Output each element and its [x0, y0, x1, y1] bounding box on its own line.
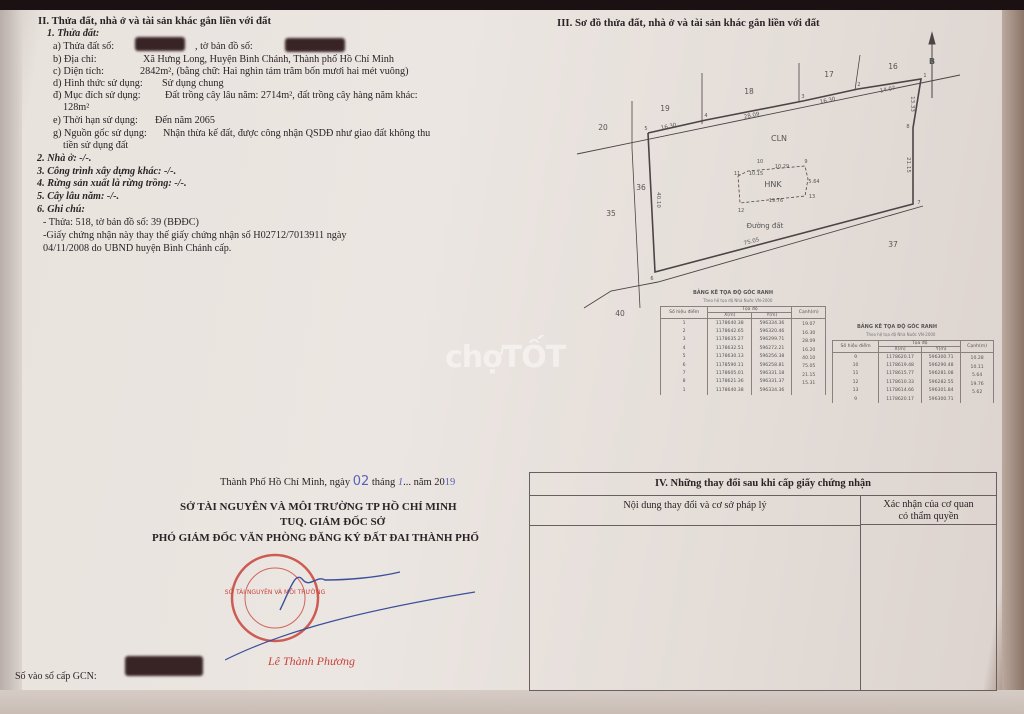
svg-text:10.29: 10.29	[775, 164, 789, 170]
svg-text:3: 3	[801, 94, 804, 100]
svg-text:36: 36	[636, 183, 646, 192]
coord-row: 121178610.33596282.5519.76	[833, 378, 994, 386]
svg-text:11: 11	[734, 171, 740, 177]
svg-text:13.33: 13.33	[909, 96, 915, 112]
svg-text:16: 16	[888, 62, 898, 71]
svg-text:12: 12	[738, 208, 744, 214]
svg-text:21.15: 21.15	[905, 157, 911, 173]
coord-row: 11178640.38596334.3619.07	[661, 319, 826, 328]
coord-table-1-title: BẢNG KÊ TỌA ĐỘ GÓC RANH	[693, 290, 773, 296]
svg-text:9: 9	[804, 159, 807, 165]
coord-row: 61178590.11596258.8175.05	[661, 361, 826, 369]
coord-table-2-subtitle: Theo hệ tọa độ Nhà Nước VN-2000	[866, 332, 935, 337]
coord-row: 41178632.51596272.2116.20	[661, 344, 826, 352]
svg-text:2: 2	[857, 82, 860, 88]
svg-text:40: 40	[615, 309, 625, 318]
svg-text:16.30: 16.30	[819, 96, 836, 105]
svg-text:37: 37	[888, 240, 898, 249]
svg-text:10: 10	[757, 159, 763, 165]
official-stamp-and-signature: SỞ TÀI NGUYÊN VÀ MÔI TRƯỜNG	[225, 550, 475, 670]
coord-table-1-subtitle: Theo hệ tọa độ Nhà Nước VN-2000	[703, 298, 772, 303]
coord-row: 21178642.65596320.4616.30	[661, 327, 826, 335]
coord-table-2-title: BẢNG KÊ TỌA ĐỘ GÓC RANH	[857, 324, 937, 330]
svg-text:8: 8	[906, 124, 909, 130]
coord-row: 101178619.48596290.4810.11	[833, 361, 994, 369]
svg-text:17: 17	[824, 70, 834, 79]
svg-text:19.76: 19.76	[769, 198, 783, 204]
coord-row: 51178630.13596256.3840.10	[661, 353, 826, 361]
coord-row: 91178620.17596300.7110.28	[833, 353, 994, 362]
chotot-watermark: chợTỐT	[445, 340, 565, 375]
svg-text:16.30: 16.30	[660, 122, 677, 131]
redacted-register-number	[125, 656, 203, 676]
svg-text:B: B	[929, 57, 935, 66]
svg-text:CLN: CLN	[771, 134, 787, 143]
coord-row: 31178635.27596299.7128.09	[661, 336, 826, 344]
svg-text:19: 19	[660, 104, 670, 113]
svg-text:20: 20	[598, 123, 608, 132]
svg-text:4: 4	[704, 113, 707, 119]
signer-position: PHÓ GIÁM ĐỐC VĂN PHÒNG ĐĂNG KÝ ĐẤT ĐAI T…	[152, 532, 479, 545]
place-date: Thành Phố Hồ Chí Minh, ngày 02 tháng 1..…	[220, 476, 455, 490]
register-label: Số vào sổ cấp GCN:	[15, 671, 97, 684]
svg-text:35: 35	[606, 209, 616, 218]
coord-row: 81178621.36596331.3715.31	[661, 378, 826, 386]
svg-text:SỞ TÀI NGUYÊN VÀ MÔI TRƯỜNG: SỞ TÀI NGUYÊN VÀ MÔI TRƯỜNG	[225, 588, 326, 596]
svg-text:40.10: 40.10	[655, 192, 661, 208]
coord-table-1: Số hiệu điểmTọa độCạnh(m) X(m)Y(m) 11178…	[660, 306, 826, 395]
svg-text:13: 13	[809, 194, 815, 200]
column-divider	[860, 525, 861, 690]
svg-text:14.07: 14.07	[879, 85, 896, 94]
coord-row: 11178640.38596334.36	[661, 386, 826, 394]
svg-text:5.64: 5.64	[808, 179, 819, 185]
on-behalf: TUQ. GIÁM ĐỐC SỞ	[280, 516, 385, 529]
svg-text:5: 5	[644, 126, 647, 132]
svg-text:HNK: HNK	[764, 180, 782, 189]
svg-text:18: 18	[744, 87, 754, 96]
coord-table-2: Số hiệu điểmTọa độCạnh(m) X(m)Y(m) 91178…	[832, 340, 994, 403]
coord-row: 111178615.77596281.085.64	[833, 370, 994, 378]
svg-text:7: 7	[917, 200, 920, 206]
coord-row: 131178614.66596301.845.62	[833, 387, 994, 395]
authority-name: SỞ TÀI NGUYÊN VÀ MÔI TRƯỜNG TP HỒ CHÍ MI…	[180, 501, 457, 514]
signer-name: Lê Thành Phương	[268, 655, 355, 668]
svg-text:1: 1	[923, 73, 926, 79]
section4-title: IV. Những thay đổi sau khi cấp giấy chứn…	[530, 473, 996, 496]
coord-row: 91178620.17596300.71	[833, 395, 994, 403]
svg-text:10.15: 10.15	[749, 171, 763, 177]
coord-row: 71178605.01596331.1821.15	[661, 369, 826, 377]
svg-text:Đường đất: Đường đất	[747, 222, 784, 230]
svg-text:6: 6	[650, 276, 653, 282]
changes-table: IV. Những thay đổi sau khi cấp giấy chứn…	[529, 472, 997, 691]
changes-confirmation-header: Xác nhận của cơ quan có thẩm quyền	[861, 496, 996, 525]
changes-content-header: Nội dung thay đổi và cơ sở pháp lý	[530, 496, 861, 526]
